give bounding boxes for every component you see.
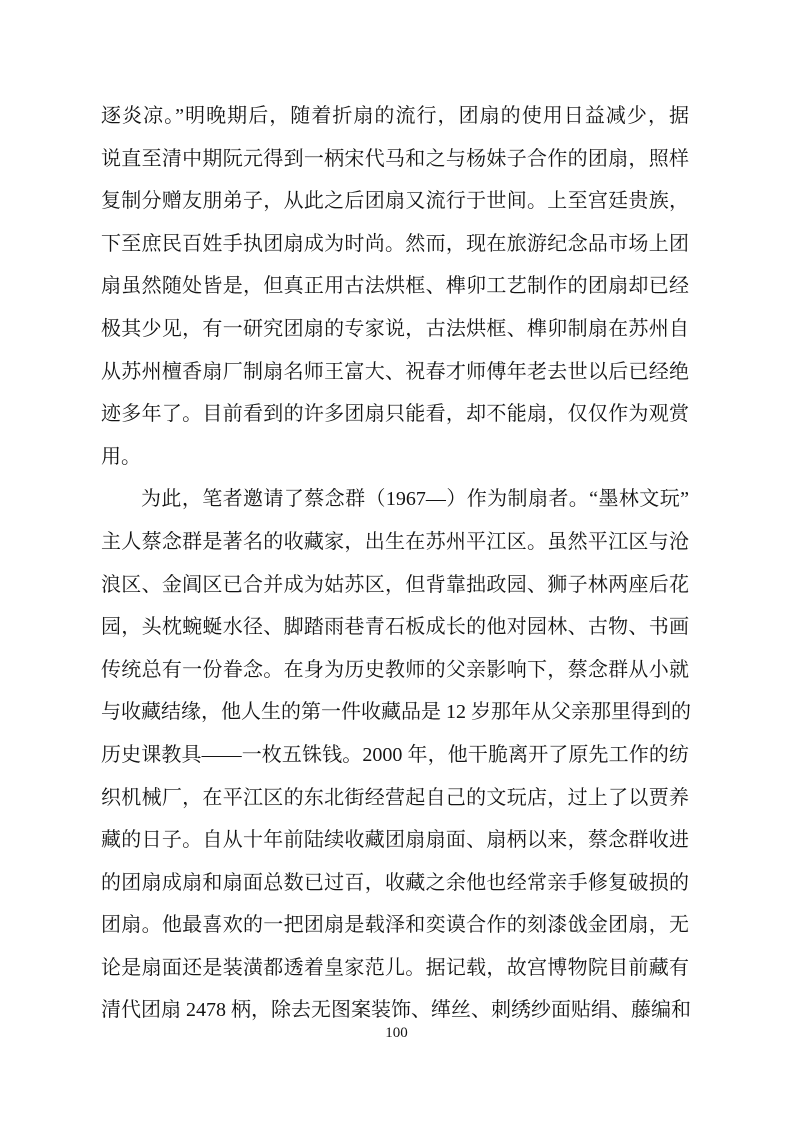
text-line: 用。 [101,436,689,479]
text-line: 藏的日子。自从十年前陆续收藏团扇扇面、扇柄以来，蔡念群收进 [101,819,689,862]
text-line: 极其少见，有一研究团扇的专家说，古法烘框、榫卯制扇在苏州自 [101,308,689,351]
text-line: 扇虽然随处皆是，但真正用古法烘框、榫卯工艺制作的团扇却已经 [101,265,689,308]
text-line: 说直至清中期阮元得到一柄宋代马和之与杨妹子合作的团扇，照样 [101,138,689,181]
text-line: 复制分赠友朋弟子，从此之后团扇又流行于世间。上至宫廷贵族， [101,180,689,223]
text-line: 的团扇成扇和扇面总数已过百，收藏之余他也经常亲手修复破损的 [101,862,689,905]
text-line: 逐炎凉。”明晚期后，随着折扇的流行，团扇的使用日益减少，据 [101,95,689,138]
text-line: 下至庶民百姓手执团扇成为时尚。然而，现在旅游纪念品市场上团 [101,223,689,266]
text-block: 逐炎凉。”明晚期后，随着折扇的流行，团扇的使用日益减少，据说直至清中期阮元得到一… [101,95,689,1032]
text-line: 主人蔡念群是著名的收藏家，出生在苏州平江区。虽然平江区与沧 [101,521,689,564]
paragraph-2: 为此，笔者邀请了蔡念群（1967—）作为制扇者。“墨林文玩”主人蔡念群是著名的收… [101,478,689,1032]
page-number: 100 [0,1023,793,1044]
text-line: 浪区、金阊区已合并成为姑苏区，但背靠拙政园、狮子林两座后花 [101,564,689,607]
text-line: 园，头枕蜿蜒水径、脚踏雨巷青石板成长的他对园林、古物、书画 [101,606,689,649]
text-line: 与收藏结缘，他人生的第一件收藏品是 12 岁那年从父亲那里得到的 [101,691,689,734]
text-line: 历史课教具——一枚五铢钱。2000 年，他干脆离开了原先工作的纺 [101,734,689,777]
document-page: 逐炎凉。”明晚期后，随着折扇的流行，团扇的使用日益减少，据说直至清中期阮元得到一… [0,0,793,1122]
text-line: 传统总有一份眷念。在身为历史教师的父亲影响下，蔡念群从小就 [101,649,689,692]
text-line: 团扇。他最喜欢的一把团扇是载泽和奕谟合作的刻漆戗金团扇，无 [101,904,689,947]
text-line: 为此，笔者邀请了蔡念群（1967—）作为制扇者。“墨林文玩” [101,478,689,521]
text-line: 迹多年了。目前看到的许多团扇只能看，却不能扇，仅仅作为观赏 [101,393,689,436]
text-line: 从苏州檀香扇厂制扇名师王富大、祝春才师傅年老去世以后已经绝 [101,351,689,394]
text-line: 织机械厂，在平江区的东北街经营起自己的文玩店，过上了以贾养 [101,777,689,820]
text-line: 论是扇面还是装潢都透着皇家范儿。据记载，故宫博物院目前藏有 [101,947,689,990]
paragraph-1: 逐炎凉。”明晚期后，随着折扇的流行，团扇的使用日益减少，据说直至清中期阮元得到一… [101,95,689,478]
